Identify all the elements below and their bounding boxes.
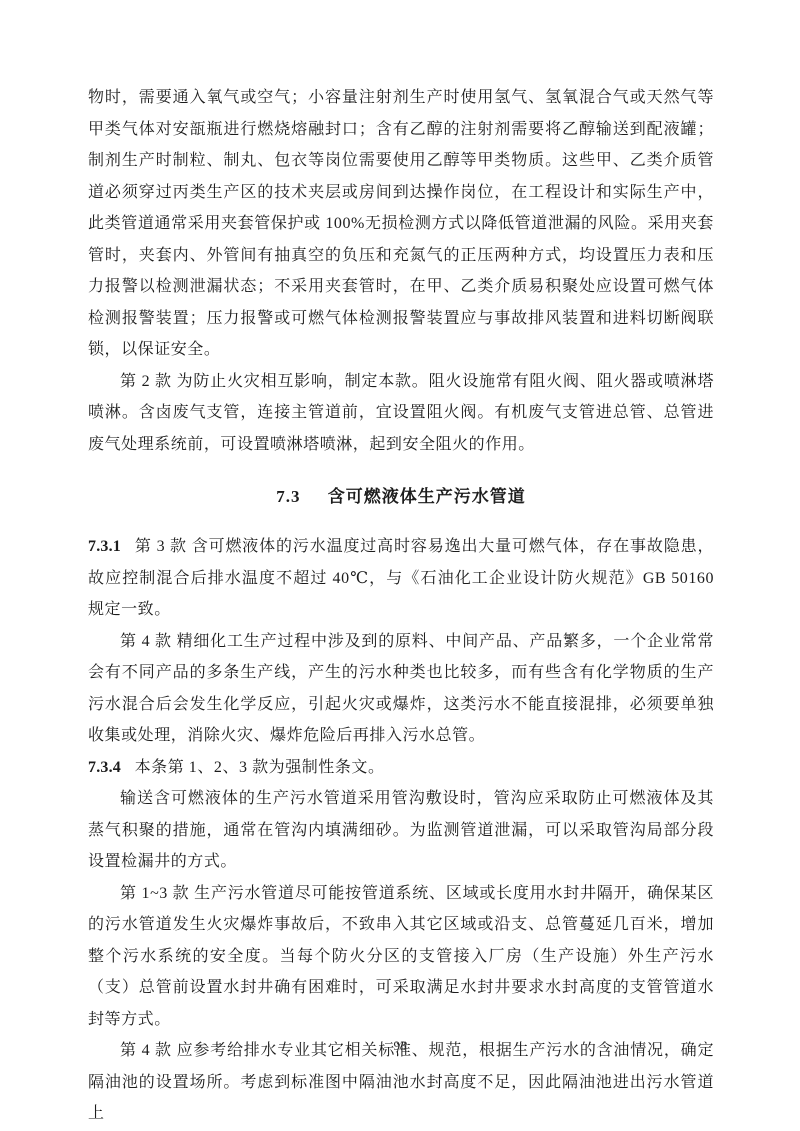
paragraph-7-3-4: 7.3.4本条第 1、2、3 款为强制性条文。 xyxy=(88,752,714,784)
clause-number-7-3-1: 7.3.1 xyxy=(88,538,121,555)
paragraph-continuation: 物时，需要通入氧气或空气；小容量注射剂生产时使用氢气、氢氧混合气或天然气等甲类气… xyxy=(88,82,714,366)
section-heading-7-3: 7.3含可燃液体生产污水管道 xyxy=(88,483,714,511)
paragraph-trench-laying: 输送含可燃液体的生产污水管道采用管沟敷设时，管沟应采取防止可燃液体及其蒸气积聚的… xyxy=(88,783,714,878)
paragraph-clause-2: 第 2 款 为防止火灾相互影响，制定本款。阻火设施常有阻火阀、阻火器或喷淋塔喷淋… xyxy=(88,366,714,461)
clause-text-7-3-4: 本条第 1、2、3 款为强制性条文。 xyxy=(135,759,385,776)
section-title: 含可燃液体生产污水管道 xyxy=(328,487,526,506)
clause-text-7-3-1: 第 3 款 含可燃液体的污水温度过高时容易逸出大量可燃气体，存在事故隐患，故应控… xyxy=(88,538,714,618)
document-page: 物时，需要通入氧气或空气；小容量注射剂生产时使用氢气、氢氧混合气或天然气等甲类气… xyxy=(0,0,800,1131)
paragraph-7-3-1: 7.3.1第 3 款 含可燃液体的污水温度过高时容易逸出大量可燃气体，存在事故隐… xyxy=(88,531,714,626)
page-number: 93 xyxy=(0,1038,800,1054)
paragraph-clause-4: 第 4 款 精细化工生产过程中涉及到的原料、中间产品、产品繁多，一个企业常常会有… xyxy=(88,626,714,752)
paragraph-clauses-1-3: 第 1~3 款 生产污水管道尽可能按管道系统、区域或长度用水封井隔开，确保某区的… xyxy=(88,878,714,1036)
text-block: 物时，需要通入氧气或空气；小容量注射剂生产时使用氢气、氢氧混合气或天然气等甲类气… xyxy=(88,82,714,1130)
section-number: 7.3 xyxy=(276,487,300,506)
clause-number-7-3-4: 7.3.4 xyxy=(88,759,121,776)
